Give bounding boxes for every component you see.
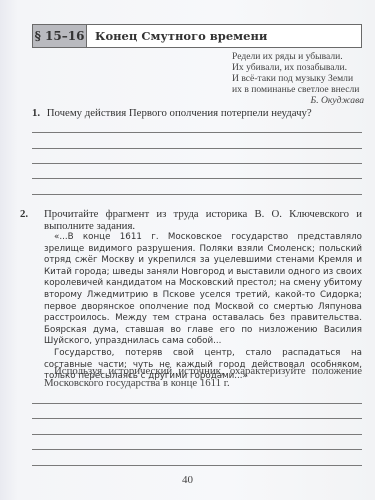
page-number: 40 — [0, 474, 375, 486]
answer-line[interactable] — [32, 194, 362, 195]
answer-line[interactable] — [32, 178, 362, 179]
quote-paragraph: «...В конце 1611 г. Московское государст… — [44, 232, 362, 348]
answer-line[interactable] — [32, 403, 362, 404]
historical-quote: «...В конце 1611 г. Московское государст… — [44, 232, 362, 383]
epigraph-line: их в поминанье светлое внесли — [232, 85, 364, 96]
answer-line[interactable] — [32, 418, 362, 419]
answer-line[interactable] — [32, 163, 362, 164]
question-2: 2.Прочитайте фрагмент из труда историка … — [32, 208, 362, 232]
answer-line[interactable] — [32, 465, 362, 466]
epigraph: Редели их ряды и убывали. Их убивали, их… — [232, 52, 364, 107]
workbook-page: § 15–16 Конец Смутного времени Редели их… — [0, 0, 375, 500]
question-text: Прочитайте фрагмент из труда историка В.… — [44, 208, 362, 232]
epigraph-author: Б. Окуджава — [232, 96, 364, 107]
section-number: § 15–16 — [33, 25, 87, 47]
question-number: 2. — [32, 208, 44, 220]
question-1: 1. Почему действия Первого ополчения пот… — [32, 107, 362, 119]
section-title: Конец Смутного времени — [87, 25, 361, 47]
section-header: § 15–16 Конец Смутного времени — [32, 24, 362, 48]
answer-line[interactable] — [32, 434, 362, 435]
task-text: Используя исторический источник, охаракт… — [44, 365, 362, 389]
answer-line[interactable] — [32, 132, 362, 133]
question-text: Почему действия Первого ополчения потерп… — [47, 107, 312, 119]
answer-line[interactable] — [32, 449, 362, 450]
question-number: 1. — [32, 107, 44, 119]
answer-line[interactable] — [32, 148, 362, 149]
